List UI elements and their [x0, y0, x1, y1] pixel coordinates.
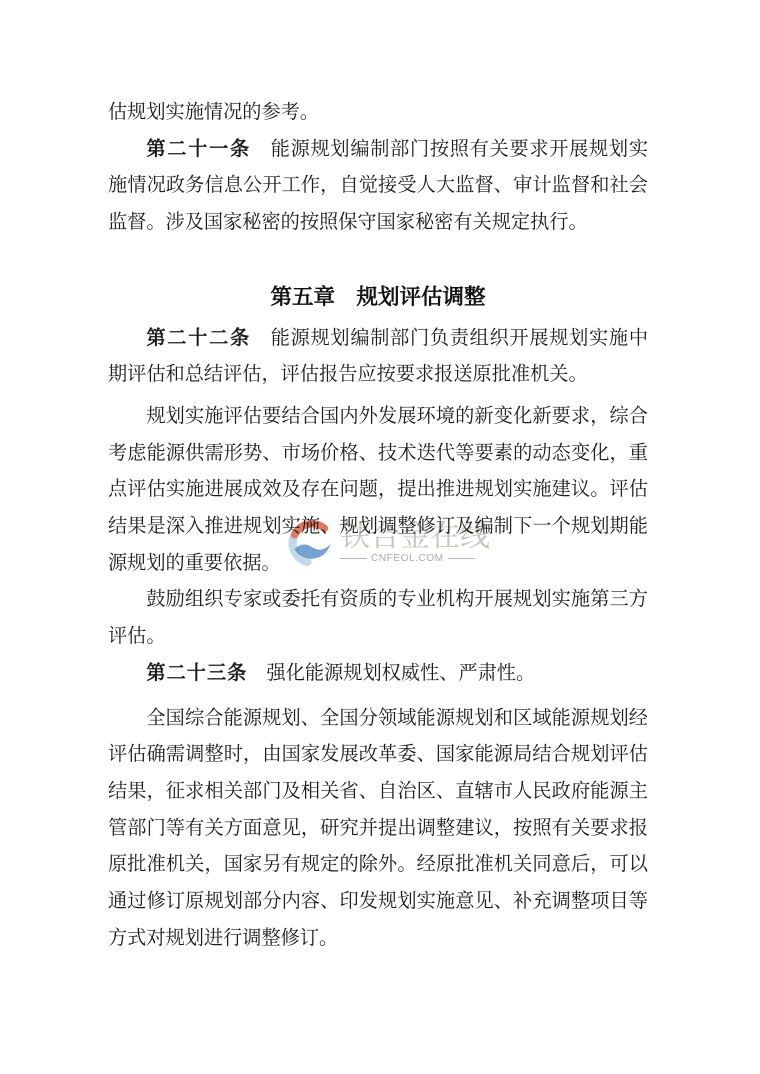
paragraph-continuation: 估规划实施情况的参考。: [108, 95, 648, 132]
paragraph-article-21: 第二十一条 能源规划编制部门按照有关要求开展规划实施情况政务信息公开工作，自觉接…: [108, 132, 648, 242]
document-body: 估规划实施情况的参考。 第二十一条 能源规划编制部门按照有关要求开展规划实施情况…: [108, 0, 648, 957]
paragraph-third-party-evaluation: 鼓励组织专家或委托有资质的专业机构开展规划实施第三方评估。: [108, 582, 648, 655]
paragraph-article-22: 第二十二条 能源规划编制部门负责组织开展规划实施中期评估和总结评估，评估报告应按…: [108, 321, 648, 394]
article-23-label: 第二十三条: [146, 663, 247, 684]
document-page: 铁合金在线 CNFEOL.COM 估规划实施情况的参考。 第二十一条 能源规划编…: [0, 0, 760, 1074]
paragraph-article-23: 第二十三条 强化能源规划权威性、严肃性。: [108, 656, 648, 693]
article-23-text: 强化能源规划权威性、严肃性。: [247, 663, 535, 684]
article-22-label: 第二十二条: [146, 328, 250, 349]
article-21-label: 第二十一条: [146, 139, 250, 160]
paragraph-plan-adjustment: 全国综合能源规划、全国分领域能源规划和区域能源规划经评估确需调整时，由国家发展改…: [108, 701, 648, 958]
chapter-5-heading: 第五章 规划评估调整: [108, 279, 648, 316]
paragraph-evaluation-requirements: 规划实施评估要结合国内外发展环境的新变化新要求，综合考虑能源供需形势、市场价格、…: [108, 399, 648, 583]
